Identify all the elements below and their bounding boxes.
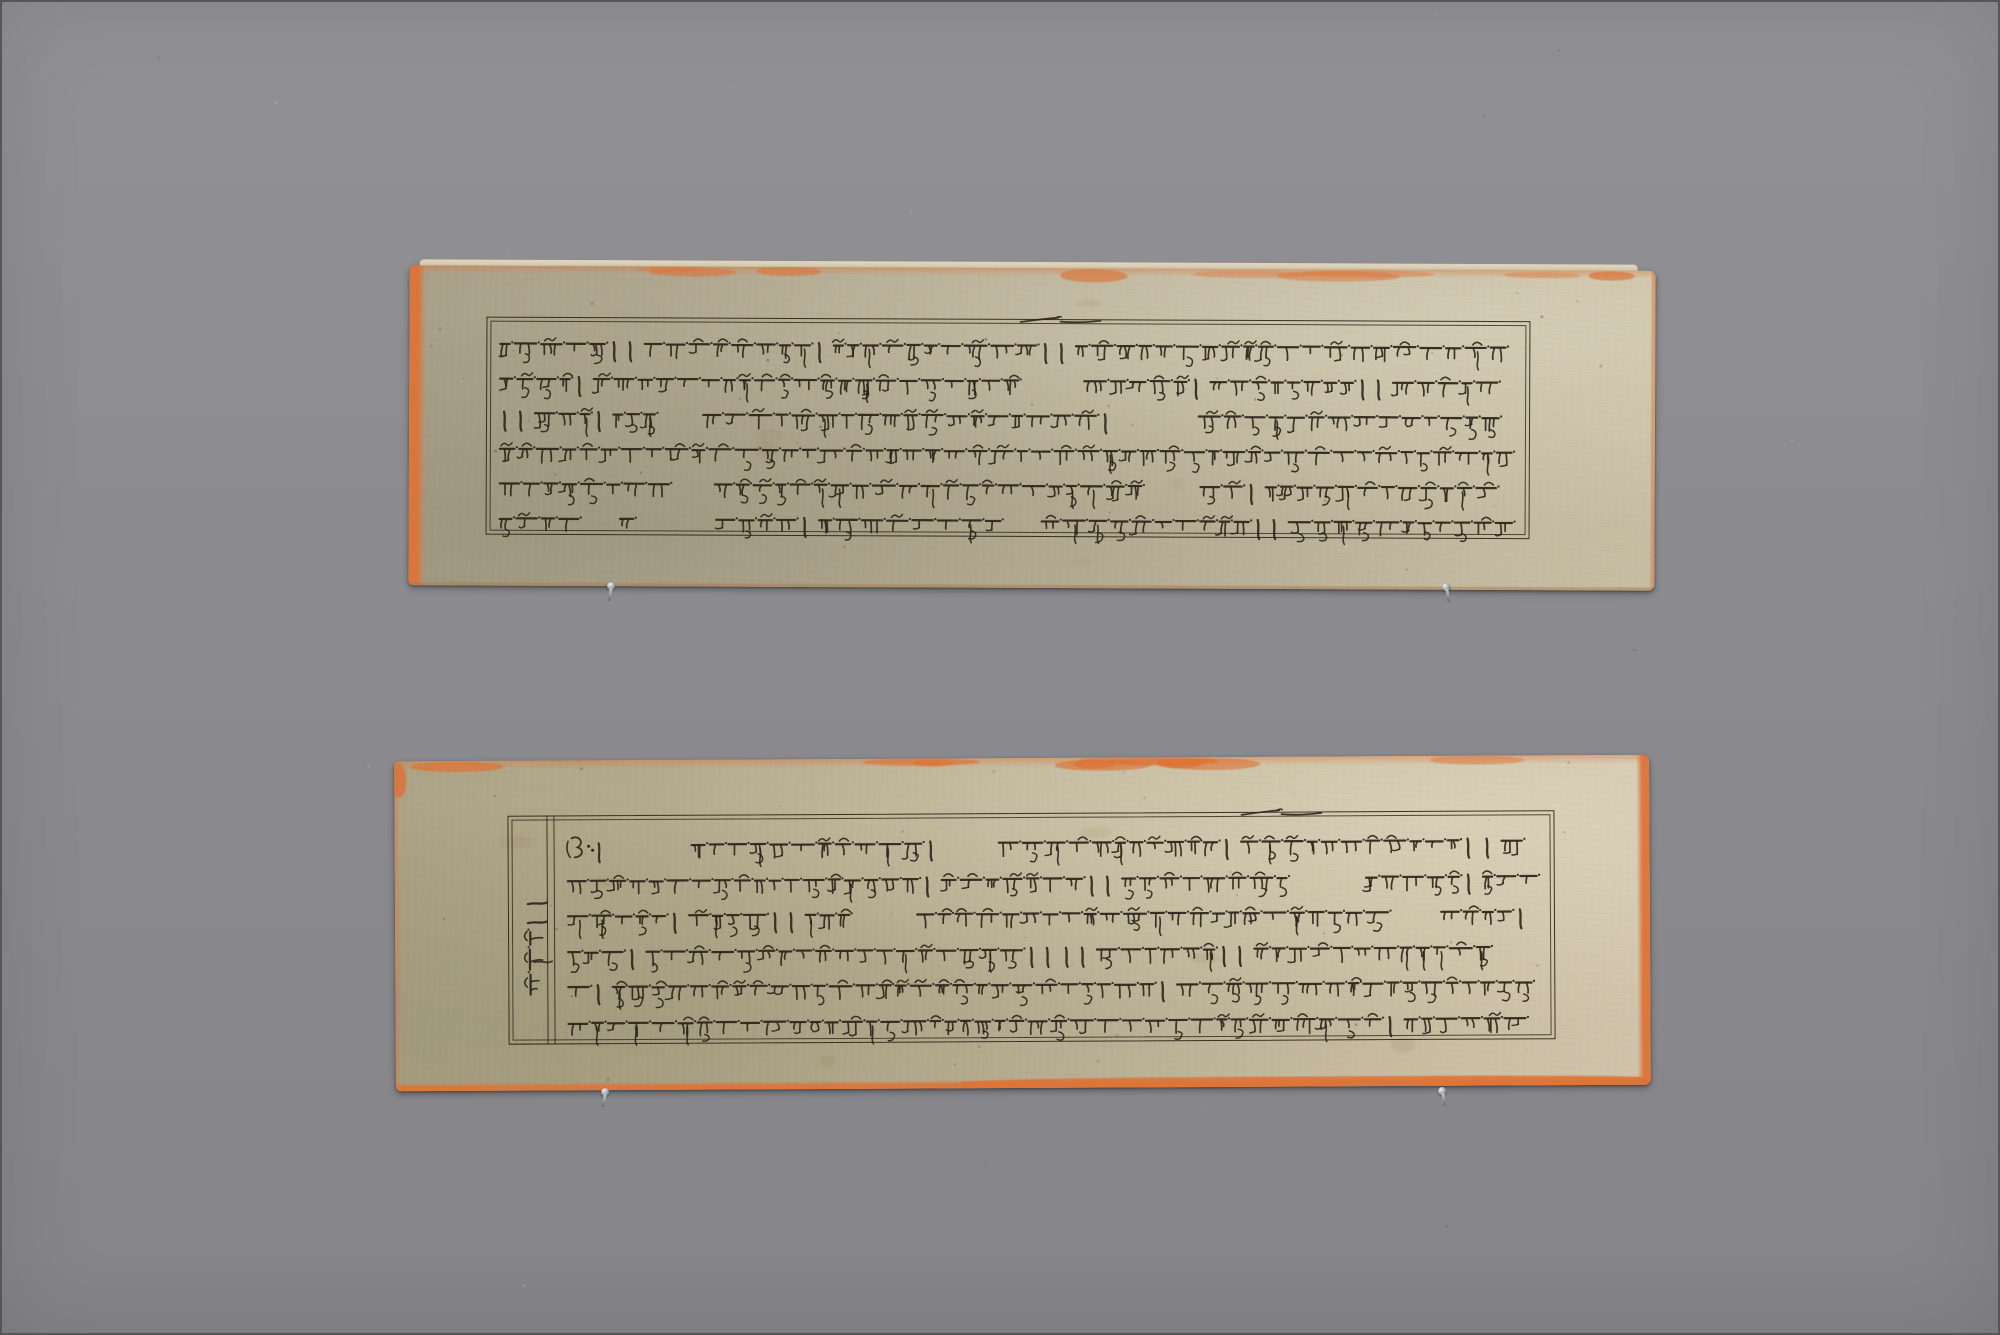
mounting-pin xyxy=(596,1087,611,1109)
dust-speck xyxy=(275,101,278,104)
manuscript-leaf-upper xyxy=(408,265,1655,590)
dust-speck xyxy=(990,1160,992,1162)
dust-speck xyxy=(1791,440,1793,442)
text-block xyxy=(508,811,1554,1043)
leaf-paper xyxy=(394,755,1651,1092)
dust-speck xyxy=(1482,115,1485,118)
dust-speck xyxy=(23,141,24,142)
dust-speck xyxy=(522,1284,525,1287)
manuscript-leaf-lower xyxy=(394,755,1651,1092)
dust-speck xyxy=(1980,727,1981,728)
text-frame xyxy=(507,810,1555,1044)
dust-speck xyxy=(1558,49,1561,52)
dust-speck xyxy=(158,57,160,59)
dust-speck xyxy=(1436,14,1438,16)
dust-speck xyxy=(732,86,734,88)
text-frame xyxy=(486,317,1531,540)
dust-speck xyxy=(1446,1225,1449,1228)
mounting-pin xyxy=(1436,1086,1451,1107)
dust-speck xyxy=(367,765,370,768)
mounting-pin xyxy=(1440,582,1455,603)
dust-speck xyxy=(1633,649,1636,652)
studio-board-background xyxy=(0,0,2000,1335)
dust-speck xyxy=(1203,1104,1204,1105)
text-block xyxy=(487,318,1530,539)
mounting-pin xyxy=(602,581,617,603)
dust-speck xyxy=(910,211,912,213)
dust-speck xyxy=(506,250,508,252)
leaf-paper xyxy=(408,265,1655,590)
dust-speck xyxy=(1642,667,1644,669)
